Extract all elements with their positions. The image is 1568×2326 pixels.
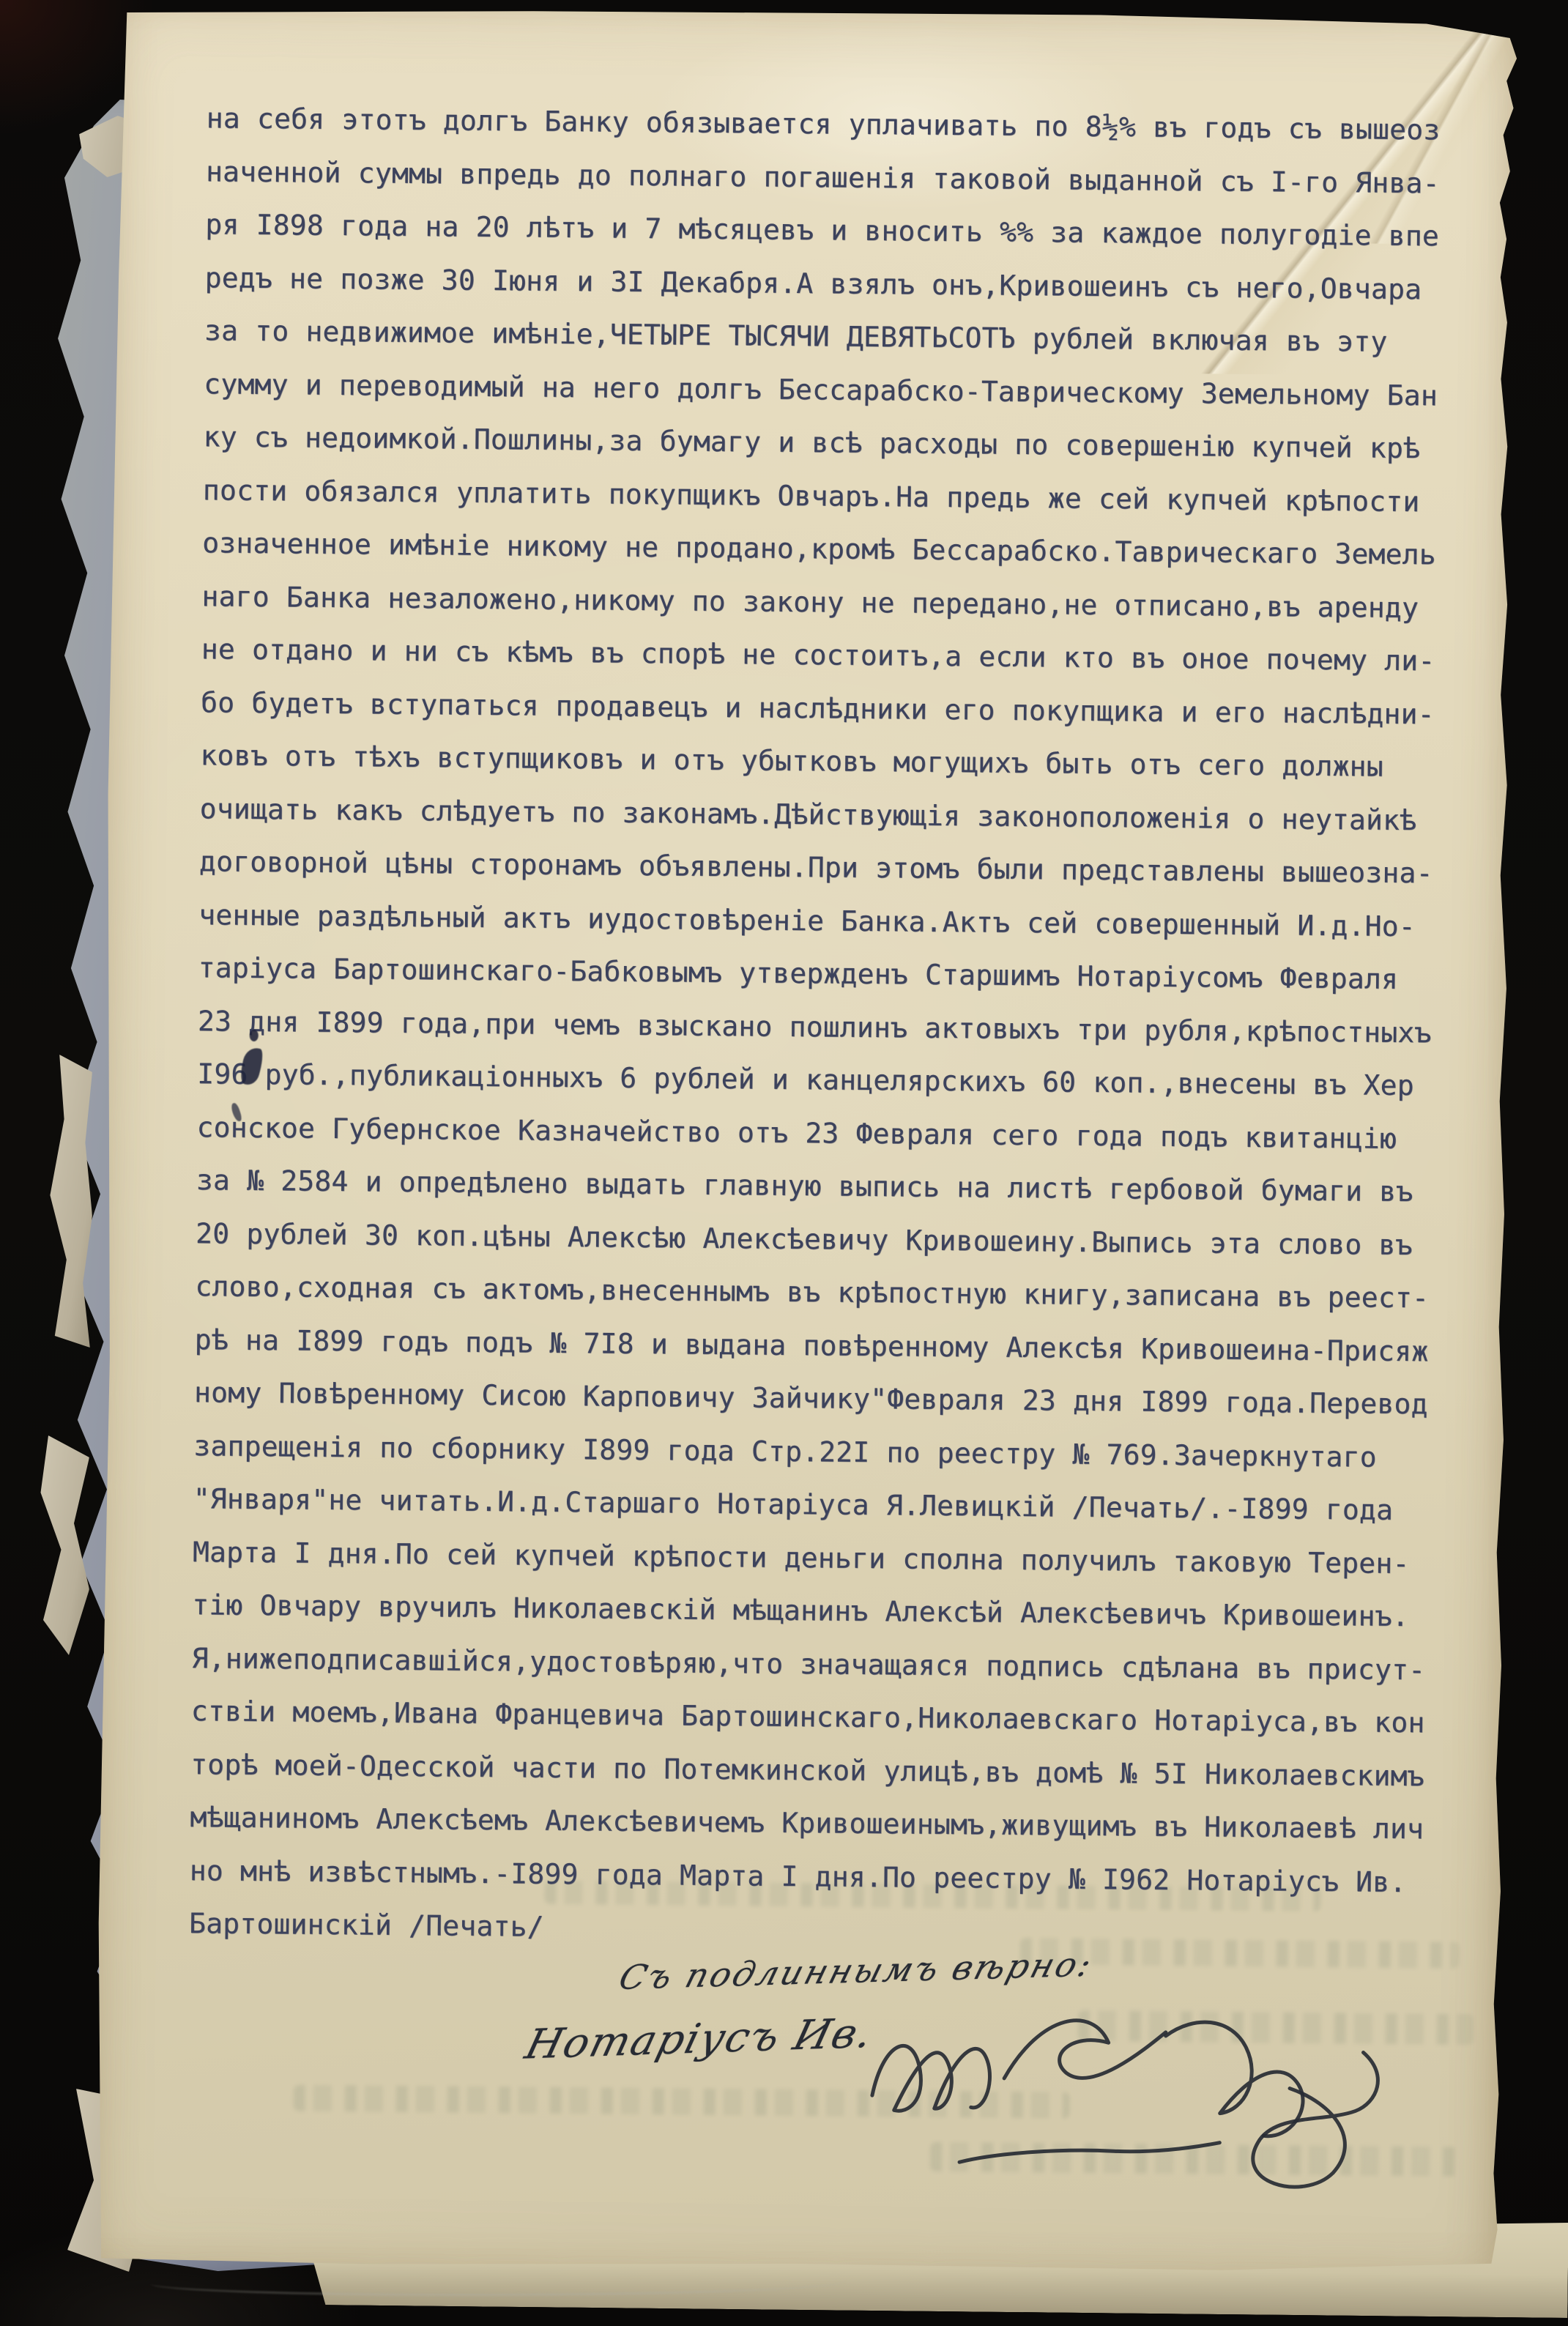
torn-paper-fragment [45, 1055, 92, 1348]
ink-blot [250, 1030, 259, 1041]
document-photo: на себя этотъ долгъ Банку обязывается уп… [0, 0, 1568, 2326]
document-page: на себя этотъ долгъ Банку обязывается уп… [87, 4, 1526, 2275]
handwritten-signature: Нотаріусъ Ив. [521, 2010, 879, 2069]
signature-flourish [849, 1960, 1452, 2215]
torn-paper-fragment [38, 1435, 89, 1655]
typed-text: на себя этотъ долгъ Банку обязывается уп… [189, 92, 1441, 1962]
paper-tear-speck [1508, 177, 1520, 196]
